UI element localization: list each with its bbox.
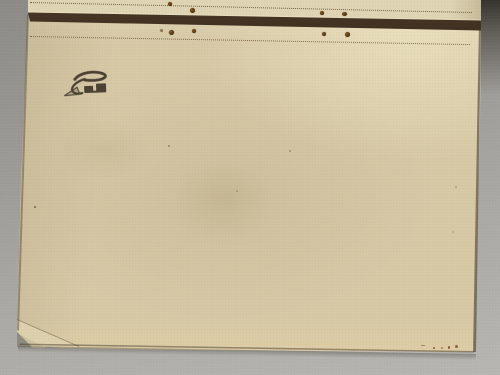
binding-hole <box>169 30 174 35</box>
perforation-line <box>30 2 472 13</box>
paper-stain <box>170 158 275 243</box>
binding-hole <box>322 32 326 36</box>
binding-hole <box>342 12 347 16</box>
paper-speck <box>289 150 291 152</box>
binding-hole <box>168 2 172 6</box>
binding-hole <box>345 32 350 37</box>
binding-hole <box>190 8 195 13</box>
paper-speck <box>168 145 170 147</box>
pencil-mark <box>433 347 435 349</box>
binding-hole <box>160 29 163 32</box>
binding-hole <box>192 29 196 33</box>
ink-stamp-icon <box>61 69 110 101</box>
paper-speck <box>455 186 457 188</box>
paper-stain <box>60 120 150 180</box>
paper-speck <box>452 231 454 233</box>
paper-speck <box>34 206 36 208</box>
pencil-mark <box>455 345 458 348</box>
album-page <box>0 0 500 375</box>
pencil-mark <box>448 346 450 349</box>
paper-speck <box>236 190 238 192</box>
binding-hole <box>320 11 324 15</box>
pencil-mark <box>421 345 425 346</box>
pencil-mark <box>441 347 443 349</box>
photograph <box>0 0 500 375</box>
